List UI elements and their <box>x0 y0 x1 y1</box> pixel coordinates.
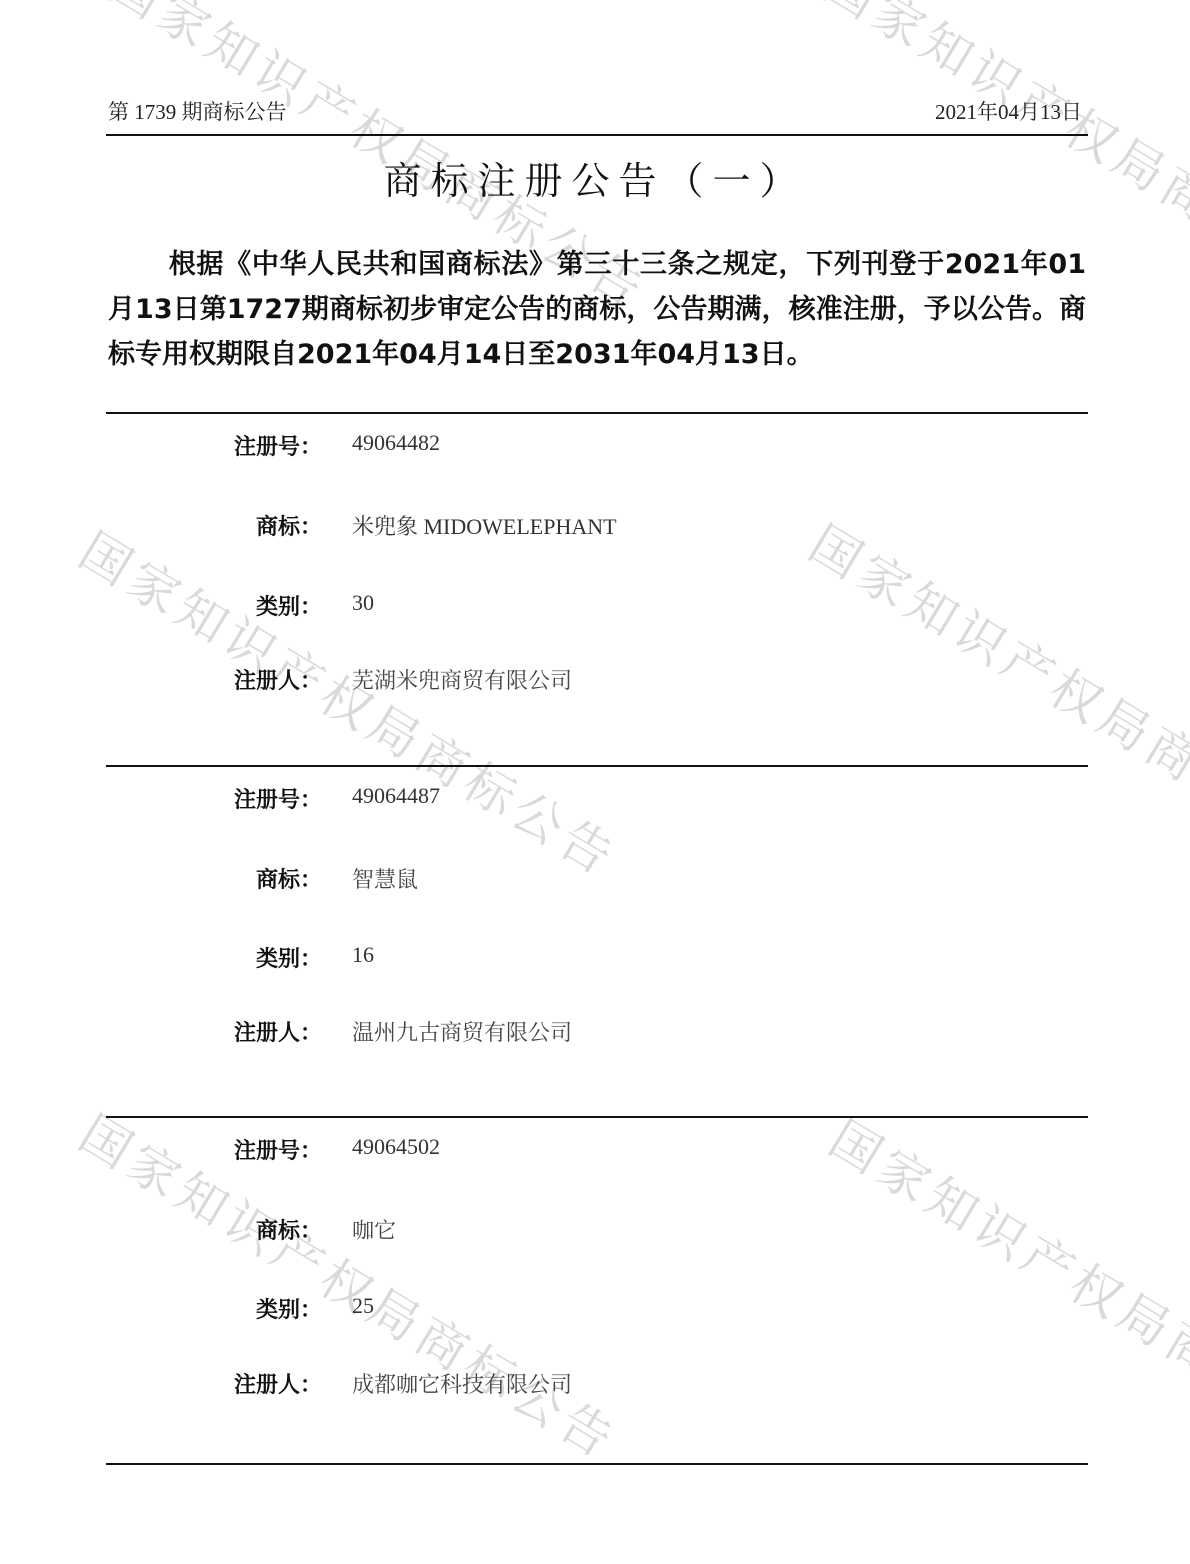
registrant-row: 注册人： 成都咖它科技有限公司 <box>0 1368 1190 1398</box>
reg-no-value: 49064502 <box>352 1134 440 1160</box>
intro-paragraph: 根据《中华人民共和国商标法》第三十三条之规定，下列刊登于2021年01月13日第… <box>108 242 1086 377</box>
reg-no-row: 注册号： 49064482 <box>0 430 1190 460</box>
mark-label: 商标： <box>256 863 322 894</box>
registrant-label: 注册人： <box>234 1368 322 1399</box>
reg-no-row: 注册号： 49064502 <box>0 1134 1190 1164</box>
class-value: 30 <box>352 590 374 616</box>
registrant-value: 芜湖米兜商贸有限公司 <box>352 664 572 695</box>
page-title: 商标注册公告（一） <box>0 150 1190 205</box>
class-row: 类别： 16 <box>0 942 1190 972</box>
header-rule <box>106 134 1088 136</box>
reg-no-value: 49064482 <box>352 430 440 456</box>
registrant-row: 注册人： 芜湖米兜商贸有限公司 <box>0 664 1190 694</box>
reg-no-label: 注册号： <box>234 430 322 461</box>
publication-date: 2021年04月13日 <box>935 96 1082 126</box>
registrant-value: 成都咖它科技有限公司 <box>352 1368 572 1399</box>
mark-row: 商标： 咖它 <box>0 1214 1190 1244</box>
class-row: 类别： 30 <box>0 590 1190 620</box>
divider <box>106 1463 1088 1465</box>
issue-number: 第 1739 期商标公告 <box>108 96 287 126</box>
class-value: 25 <box>352 1293 374 1319</box>
class-value: 16 <box>352 942 374 968</box>
class-label: 类别： <box>256 1293 322 1324</box>
mark-row: 商标： 智慧鼠 <box>0 863 1190 893</box>
reg-no-value: 49064487 <box>352 783 440 809</box>
reg-no-label: 注册号： <box>234 783 322 814</box>
mark-value: 咖它 <box>352 1214 396 1245</box>
class-row: 类别： 25 <box>0 1293 1190 1323</box>
mark-row: 商标： 米兜象 MIDOWELEPHANT <box>0 510 1190 540</box>
intro-text: 根据《中华人民共和国商标法》第三十三条之规定，下列刊登于2021年01月13日第… <box>108 249 1086 370</box>
mark-value: 米兜象 MIDOWELEPHANT <box>352 510 617 541</box>
mark-value: 智慧鼠 <box>352 863 418 894</box>
class-label: 类别： <box>256 590 322 621</box>
divider <box>106 1116 1088 1118</box>
registrant-label: 注册人： <box>234 1016 322 1047</box>
registrant-row: 注册人： 温州九古商贸有限公司 <box>0 1016 1190 1046</box>
divider <box>106 412 1088 414</box>
divider <box>106 765 1088 767</box>
mark-label: 商标： <box>256 510 322 541</box>
registrant-value: 温州九古商贸有限公司 <box>352 1016 572 1047</box>
reg-no-row: 注册号： 49064487 <box>0 783 1190 813</box>
class-label: 类别： <box>256 942 322 973</box>
watermark: 国家知识产权局商标公告 <box>68 512 633 891</box>
watermark: 国家知识产权局商标公告 <box>798 505 1190 884</box>
registrant-label: 注册人： <box>234 664 322 695</box>
reg-no-label: 注册号： <box>234 1134 322 1165</box>
mark-label: 商标： <box>256 1214 322 1245</box>
